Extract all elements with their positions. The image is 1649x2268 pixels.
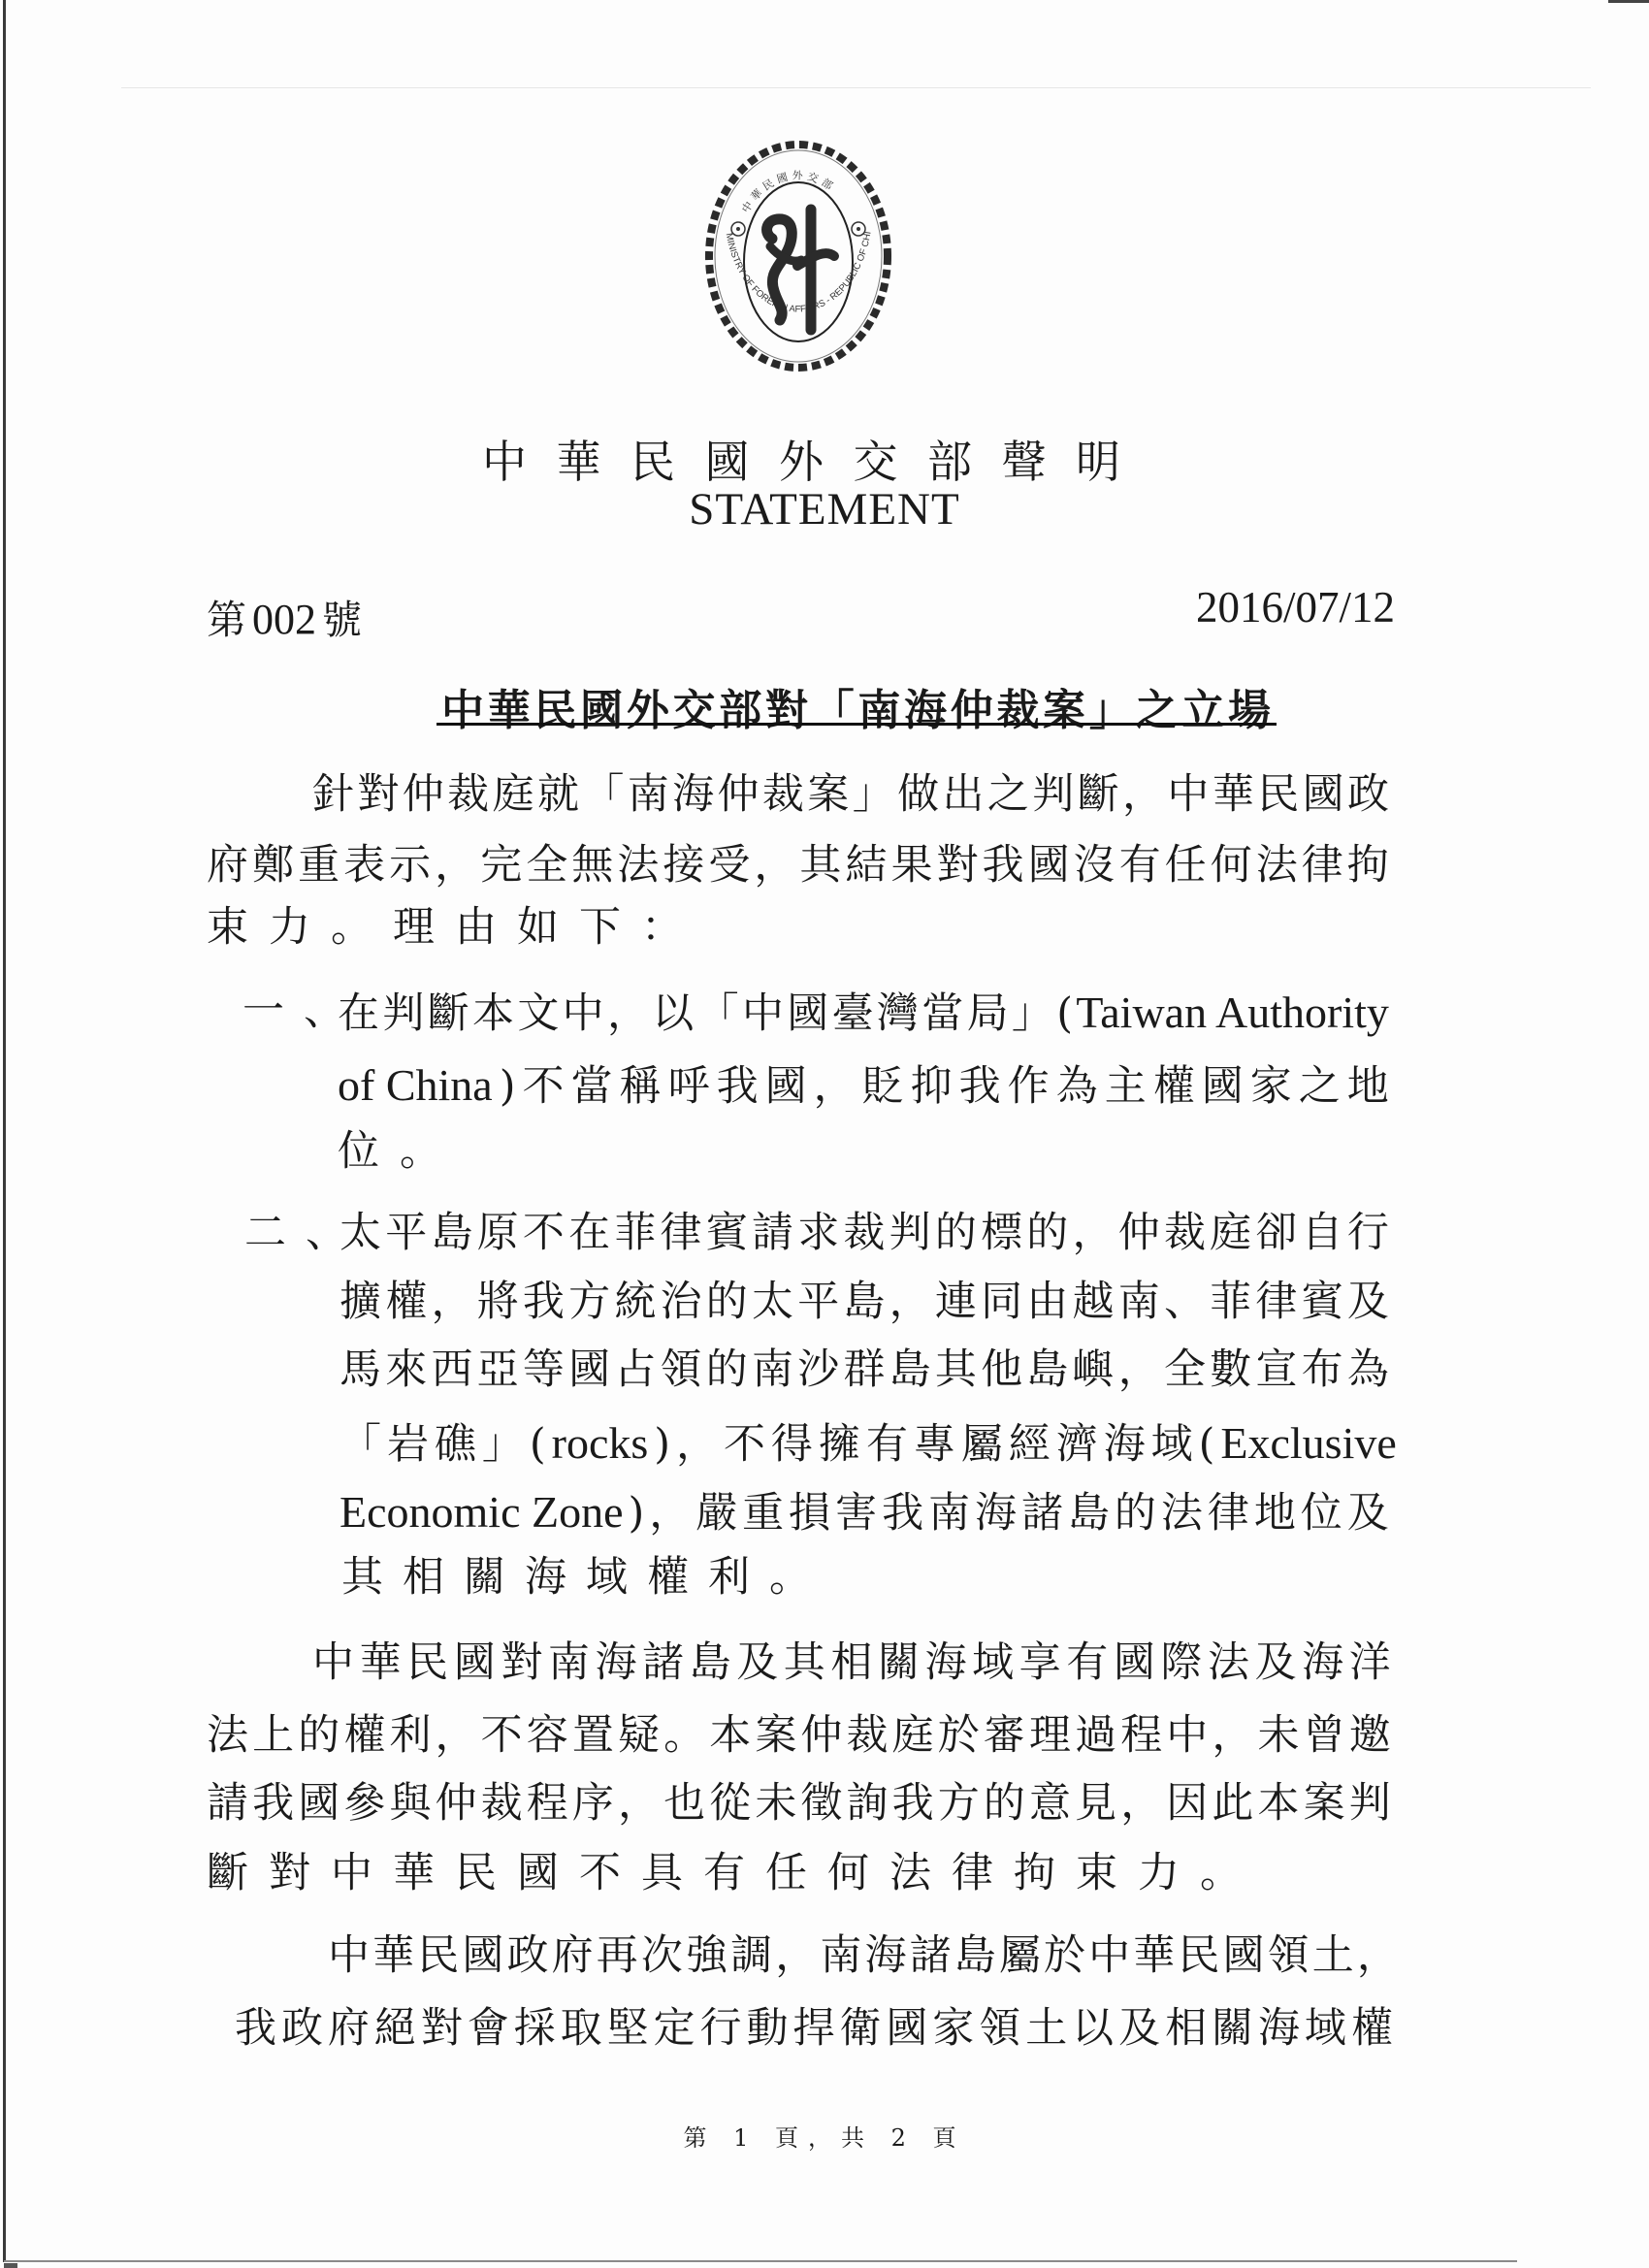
document-number: 第002號 [207, 588, 362, 645]
list-item-2-line-1: 太平島原不在菲律賓請求裁判的標的，仲裁庭卻自行 [339, 1213, 1389, 1254]
list-item-1-line-3: 位。 [338, 1131, 462, 1173]
list-item-1-line-2: of China)不當稱呼我國，貶抑我作為主權國家之地 [338, 1063, 1389, 1108]
list-item-2-line-4: 「岩礁」(rocks)，不得擁有專屬經濟海域(Exclusive [339, 1421, 1397, 1466]
paragraph-1-line-3: 束力。理由如下： [207, 907, 703, 949]
document-title: 中華民國外交部對「南海仲裁案」之立場 [441, 675, 1271, 737]
list-item-2-line-3: 馬來西亞等國占領的南沙群島其他島嶼，全數宣布為 [339, 1349, 1389, 1391]
paragraph-1-line-2: 府鄭重表示，完全無法接受，其結果對我國沒有任何法律拘 [207, 845, 1389, 887]
document-date: 2016/07/12 [1196, 582, 1395, 632]
scan-faint-line [121, 87, 1591, 88]
document-number-value: 002 [252, 596, 316, 643]
scan-mark-top-right [1608, 0, 1649, 3]
list-item-1-line-1: 在判斷本文中，以「中國臺灣當局」(Taiwan Authority [338, 990, 1389, 1035]
page-number: 第 1 頁，共 2 頁 [0, 2119, 1649, 2153]
paragraph-3-line-3: 請我國參與仲裁程序，也從未徵詢我方的意見，因此本案判 [207, 1783, 1391, 1825]
statement-title-en: STATEMENT [0, 483, 1649, 535]
list-item-2-line-5: Economic Zone)，嚴重損害我南海諸島的法律地位及 [339, 1490, 1389, 1535]
document-number-suffix: 號 [322, 597, 362, 643]
statement-title-zh: 中華民國外交部聲明 [482, 427, 1120, 491]
paragraph-3-line-1: 中華民國對南海諸島及其相關海域享有國際法及海洋 [312, 1642, 1391, 1684]
title-underline [436, 723, 1277, 726]
list-item-2-line-6: 其相關海域權利。 [341, 1557, 830, 1599]
document-number-prefix: 第 [207, 597, 246, 643]
paragraph-4-line-1: 中華民國政府再次強調，南海諸島屬於中華民國領土， [328, 1935, 1399, 1977]
scan-edge-bottom [4, 2260, 1517, 2262]
ministry-emblem-icon: 中華民國外交部 MINISTRY OF FOREIGN AFFAIRS - RE… [704, 140, 892, 373]
scan-edge-left [3, 0, 6, 2262]
scan-mark-bottom-left [4, 2263, 17, 2268]
paragraph-1-line-1: 針對仲裁庭就「南海仲裁案」做出之判斷，中華民國政 [312, 774, 1389, 816]
paragraph-3-line-4: 斷對中華民國不具有任何法律拘束力。 [207, 1853, 1262, 1895]
paragraph-4-line-2: 我政府絕對會採取堅定行動捍衛國家領土以及相關海域權 [235, 2008, 1393, 2050]
paragraph-3-line-2: 法上的權利，不容置疑。本案仲裁庭於審理過程中，未曾邀 [207, 1715, 1391, 1757]
document-page: 中華民國外交部 MINISTRY OF FOREIGN AFFAIRS - RE… [0, 0, 1649, 2268]
list-item-2-line-2: 擴權，將我方統治的太平島，連同由越南、菲律賓及 [339, 1281, 1389, 1323]
